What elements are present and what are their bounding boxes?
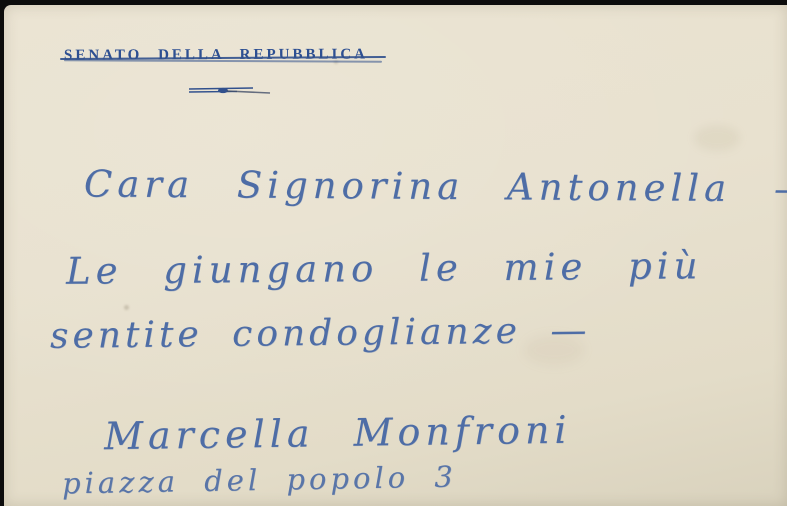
letterhead-divider-ornament	[187, 85, 271, 97]
scanned-card: SENATO DELLA REPUBBLICA Cara Signorina A…	[0, 0, 787, 506]
handwritten-signature: Marcella Monfroni	[104, 408, 572, 459]
paper-stain	[694, 125, 740, 151]
handwritten-salutation: Cara Signorina Antonella —	[84, 162, 787, 210]
handwritten-body-line: sentite condoglianze —	[50, 310, 591, 357]
paper-card: SENATO DELLA REPUBBLICA Cara Signorina A…	[4, 5, 787, 506]
handwritten-address: piazza del popolo 3	[62, 460, 457, 501]
handwritten-body-line: Le giungano le mie più	[66, 244, 703, 293]
paper-speck	[124, 305, 129, 310]
